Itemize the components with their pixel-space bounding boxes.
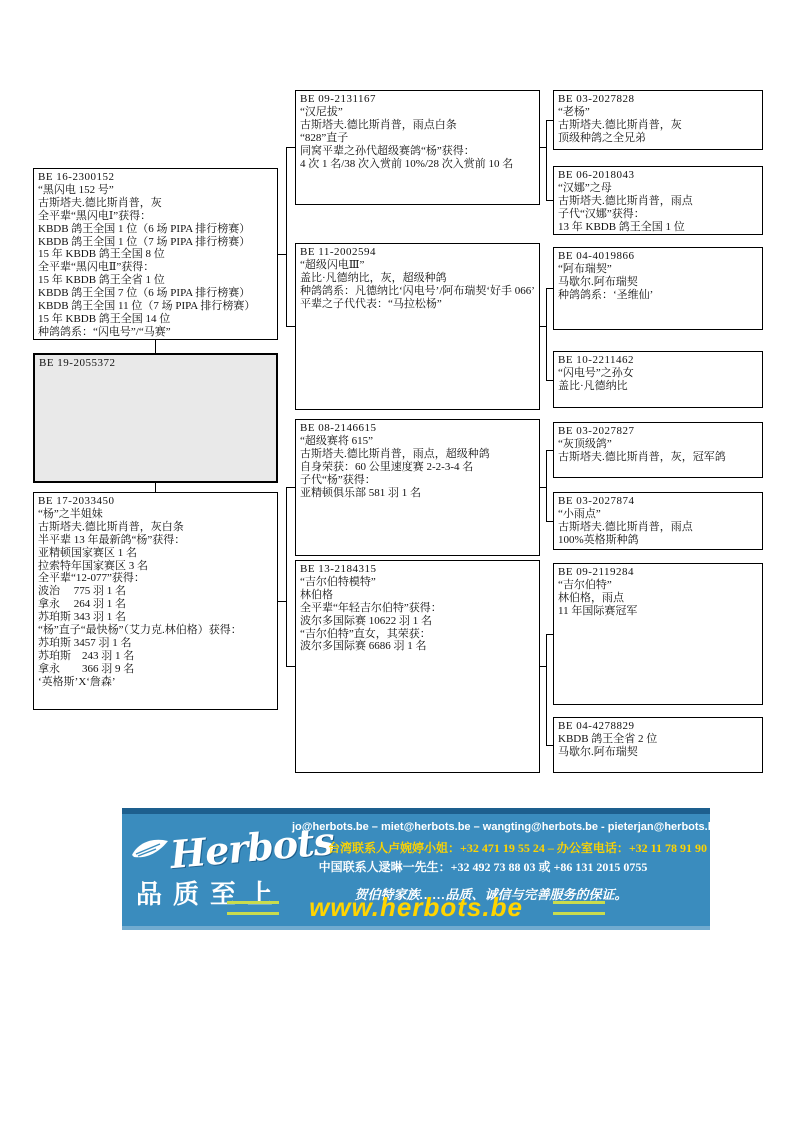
pedigree-text-line: 古斯塔夫.德比斯肖普，雨点 <box>558 521 758 534</box>
pedigree-text-line: 苏珀斯 343 羽 1 名 <box>38 611 273 624</box>
pedigree-page: BE 16-2300152“黑闪电 152 号”古斯塔夫.德比斯肖普，灰全平辈“… <box>0 0 793 1122</box>
pedigree-text-line: “老杨” <box>558 106 758 119</box>
pedigree-box-greatgrandparent-6: BE 03-2027874“小雨点”古斯塔夫.德比斯肖普，雨点100%英格斯种鸽 <box>553 492 763 550</box>
herbots-banner: Herbots 品质至上 jo@herbots.be – miet@herbot… <box>122 808 710 930</box>
connector-line <box>155 340 156 353</box>
connector-line <box>546 200 553 201</box>
connector-line <box>546 745 553 746</box>
pedigree-text-line: 4 次 1 名/38 次入赏前 10%/28 次入赏前 10 名 <box>300 158 535 171</box>
pedigree-text-line: “杨”之半姐妹 <box>38 508 273 521</box>
ring-number: BE 16-2300152 <box>38 171 273 184</box>
pedigree-text-line: “黑闪电 152 号” <box>38 184 273 197</box>
connector-line <box>286 326 295 327</box>
pedigree-box-greatgrandparent-4: BE 10-2211462“闪电号”之孙女盖比·凡德纳比 <box>553 351 763 408</box>
pedigree-text-line: “汉尼拔” <box>300 106 535 119</box>
pedigree-box-subject: BE 19-2055372 <box>33 353 278 483</box>
pedigree-box-greatgrandparent-8: BE 04-4278829KBDB 鸽王全省 2 位马歇尔.阿布瑞契 <box>553 717 763 773</box>
pedigree-text-line: 种鸽鸽系：“闪电号”/“马赛” <box>38 326 273 339</box>
banner-contact-taiwan: 台湾联系人卢婉婷小姐：+32 471 19 55 24 – 办公室电话：+32 … <box>272 839 707 856</box>
banner-contact-china: 中国联系人逯晽一先生：+32 492 73 88 03 或 +86 131 20… <box>272 858 694 875</box>
pedigree-text-line: ‘英格斯’X‘詹森’ <box>38 676 273 689</box>
pedigree-box-grandparent-3: BE 08-2146615“超级赛将 615”古斯塔夫.德比斯肖普，雨点，超级种… <box>295 419 540 556</box>
pedigree-box-greatgrandparent-7: BE 09-2119284“吉尔伯特”林伯格，雨点11 年国际赛冠军 <box>553 563 763 705</box>
pedigree-text-line: 拿永 264 羽 1 名 <box>38 598 273 611</box>
connector-line <box>546 288 547 381</box>
pedigree-text-line: 亚精顿俱乐部 581 羽 1 名 <box>300 487 535 500</box>
ring-number: BE 09-2119284 <box>558 566 758 579</box>
pedigree-text-line: KBDB 鸽王全国 1 位（7 场 PIPA 排行榜赛） <box>38 236 273 249</box>
pedigree-text-line: “吉尔伯特模特” <box>300 576 535 589</box>
pedigree-text-line: 苏珀斯 3457 羽 1 名 <box>38 637 273 650</box>
pedigree-text-line: 拉索特年国家赛区 3 名 <box>38 560 273 573</box>
pedigree-text-line: 古斯塔夫.德比斯肖普，雨点 <box>558 195 758 208</box>
ring-number: BE 03-2027827 <box>558 425 758 438</box>
pedigree-text-line: 马歇尔.阿布瑞契 <box>558 746 758 759</box>
pedigree-text-line: 半平辈 13 年最新鸽“杨”获得： <box>38 534 273 547</box>
pedigree-text-line: 子代“汉娜”获得： <box>558 208 758 221</box>
pedigree-box-dam: BE 17-2033450“杨”之半姐妹古斯塔夫.德比斯肖普，灰白条半平辈 13… <box>33 492 278 710</box>
pedigree-box-grandparent-2: BE 11-2002594“超级闪电Ⅲ”盖比·凡德纳比，灰，超级种鸽种鸽鸽系：凡… <box>295 243 540 410</box>
pedigree-text-line: 马歇尔.阿布瑞契 <box>558 276 758 289</box>
pedigree-text-line: 100%英格斯种鸽 <box>558 534 758 547</box>
pedigree-text-line: KBDB 鸽王全省 2 位 <box>558 733 758 746</box>
pedigree-text-line: 亚精顿国家赛区 1 名 <box>38 547 273 560</box>
pedigree-text-line: “杨”直子“最快杨”（艾力克.林伯格）获得： <box>38 624 273 637</box>
pedigree-text-line: 林伯格，雨点 <box>558 592 758 605</box>
pedigree-text-line: 古斯塔夫.德比斯肖普，灰 <box>38 197 273 210</box>
pedigree-text-line: 苏珀斯 243 羽 1 名 <box>38 650 273 663</box>
connector-line <box>286 487 287 667</box>
connector-line <box>546 380 553 381</box>
ring-number: BE 03-2027828 <box>558 93 758 106</box>
connector-line <box>546 634 553 635</box>
pedigree-box-grandparent-1: BE 09-2131167“汉尼拔”古斯塔夫.德比斯肖普，雨点白条“828”直子… <box>295 90 540 205</box>
pedigree-text-line: 古斯塔夫.德比斯肖普，灰白条 <box>38 521 273 534</box>
pedigree-box-sire: BE 16-2300152“黑闪电 152 号”古斯塔夫.德比斯肖普，灰全平辈“… <box>33 168 278 340</box>
ring-number: BE 06-2018043 <box>558 169 758 182</box>
connector-line <box>546 450 547 522</box>
connector-line <box>286 147 287 327</box>
pedigree-text-line: KBDB 鸽王全国 1 位（6 场 PIPA 排行榜赛） <box>38 223 273 236</box>
banner-emails[interactable]: jo@herbots.be – miet@herbots.be – wangti… <box>292 821 708 833</box>
pedigree-text-line: 顶级种鸽之全兄弟 <box>558 132 758 145</box>
pedigree-text-line: 盖比·凡德纳比 <box>558 380 758 393</box>
pedigree-text-line: 全平辈“黑闪电Ⅰ”获得： <box>38 210 273 223</box>
pedigree-text-line: 15 年 KBDB 鸽王全国 8 位 <box>38 248 273 261</box>
pedigree-text-line: 全平辈“年轻吉尔伯特”获得： <box>300 602 535 615</box>
pedigree-text-line: 古斯塔夫.德比斯肖普，灰，冠军鸽 <box>558 451 758 464</box>
pedigree-text-line: 13 年 KBDB 鸽王全国 1 位 <box>558 221 758 234</box>
connector-line <box>286 666 295 667</box>
pedigree-box-grandparent-4: BE 13-2184315“吉尔伯特模特”林伯格全平辈“年轻吉尔伯特”获得：波尔… <box>295 560 540 773</box>
decorative-double-line <box>553 901 605 915</box>
ring-number: BE 11-2002594 <box>300 246 535 259</box>
pedigree-text-line: “超级赛将 615” <box>300 435 535 448</box>
ring-number: BE 04-4278829 <box>558 720 758 733</box>
pedigree-text-line: 波尔多国际赛 10622 羽 1 名 <box>300 615 535 628</box>
ring-number: BE 13-2184315 <box>300 563 535 576</box>
pedigree-text-line: 古斯塔夫.德比斯肖普，雨点，超级种鸽 <box>300 448 535 461</box>
connector-line <box>286 147 295 148</box>
pedigree-text-line: “吉尔伯特” <box>558 579 758 592</box>
ring-number: BE 10-2211462 <box>558 354 758 367</box>
pedigree-text-line: 拿永 366 羽 9 名 <box>38 663 273 676</box>
connector-line <box>546 288 553 289</box>
connector-line <box>546 634 547 746</box>
pedigree-text-line: “阿布瑞契” <box>558 263 758 276</box>
pedigree-text-line: 波尔多国际赛 6686 羽 1 名 <box>300 640 535 653</box>
pedigree-text-line: 全平辈“12-077”获得： <box>38 572 273 585</box>
ring-number: BE 03-2027874 <box>558 495 758 508</box>
pedigree-text-line: 11 年国际赛冠军 <box>558 605 758 618</box>
pedigree-text-line: KBDB 鸽王全国 7 位（6 场 PIPA 排行榜赛） <box>38 287 273 300</box>
connector-line <box>546 521 553 522</box>
pedigree-text-line: 林伯格 <box>300 589 535 602</box>
decorative-double-line <box>227 901 279 915</box>
pedigree-text-line: 种鸽鸽系：‘圣维仙’ <box>558 289 758 302</box>
pedigree-text-line: 盖比·凡德纳比，灰，超级种鸽 <box>300 272 535 285</box>
pedigree-text-line: 自身荣获：60 公里速度赛 2-2-3-4 名 <box>300 461 535 474</box>
connector-line <box>286 487 295 488</box>
connector-line <box>546 120 547 201</box>
pedigree-text-line: 古斯塔夫.德比斯肖普，雨点白条 <box>300 119 535 132</box>
pedigree-text-line: “灰顶级鸽” <box>558 438 758 451</box>
pedigree-text-line: “828”直子 <box>300 132 535 145</box>
banner-website-row: www.herbots.be <box>122 892 710 923</box>
pedigree-text-line: 同窝平辈之孙代超级赛鸽“杨”获得： <box>300 145 535 158</box>
pedigree-text-line: 种鸽鸽系：凡德纳比‘闪电号’/阿布瑞契‘好手 066’ <box>300 285 535 298</box>
pedigree-text-line: 15 年 KBDB 鸽王全省 1 位 <box>38 274 273 287</box>
pedigree-text-line: 波治 775 羽 1 名 <box>38 585 273 598</box>
pedigree-text-line: KBDB 鸽王全国 11 位（7 场 PIPA 排行榜赛） <box>38 300 273 313</box>
connector-line <box>546 450 553 451</box>
pedigree-box-greatgrandparent-1: BE 03-2027828“老杨”古斯塔夫.德比斯肖普，灰顶级种鸽之全兄弟 <box>553 90 763 150</box>
pedigree-text-line: 平辈之子代代表：“马拉松杨” <box>300 298 535 311</box>
pedigree-box-greatgrandparent-5: BE 03-2027827“灰顶级鸽”古斯塔夫.德比斯肖普，灰，冠军鸽 <box>553 422 763 478</box>
pedigree-text-line: “吉尔伯特”直女，其荣获： <box>300 628 535 641</box>
connector-line <box>155 483 156 492</box>
ring-number: BE 19-2055372 <box>39 357 272 370</box>
pedigree-box-greatgrandparent-3: BE 04-4019866“阿布瑞契”马歇尔.阿布瑞契种鸽鸽系：‘圣维仙’ <box>553 247 763 330</box>
pedigree-text-line: “超级闪电Ⅲ” <box>300 259 535 272</box>
pedigree-text-line: 古斯塔夫.德比斯肖普，灰 <box>558 119 758 132</box>
pedigree-text-line: “汉娜”之母 <box>558 182 758 195</box>
ring-number: BE 09-2131167 <box>300 93 535 106</box>
feather-icon <box>130 835 170 869</box>
ring-number: BE 17-2033450 <box>38 495 273 508</box>
pedigree-text-line: 15 年 KBDB 鸽王全国 14 位 <box>38 313 273 326</box>
pedigree-text-line: 子代“杨”获得： <box>300 474 535 487</box>
pedigree-text-line: “小雨点” <box>558 508 758 521</box>
pedigree-text-line: 全平辈“黑闪电Ⅱ”获得： <box>38 261 273 274</box>
connector-line <box>546 120 553 121</box>
pedigree-text-line: “闪电号”之孙女 <box>558 367 758 380</box>
banner-website-link[interactable]: www.herbots.be <box>309 892 523 923</box>
pedigree-box-greatgrandparent-2: BE 06-2018043“汉娜”之母古斯塔夫.德比斯肖普，雨点子代“汉娜”获得… <box>553 166 763 235</box>
ring-number: BE 04-4019866 <box>558 250 758 263</box>
ring-number: BE 08-2146615 <box>300 422 535 435</box>
